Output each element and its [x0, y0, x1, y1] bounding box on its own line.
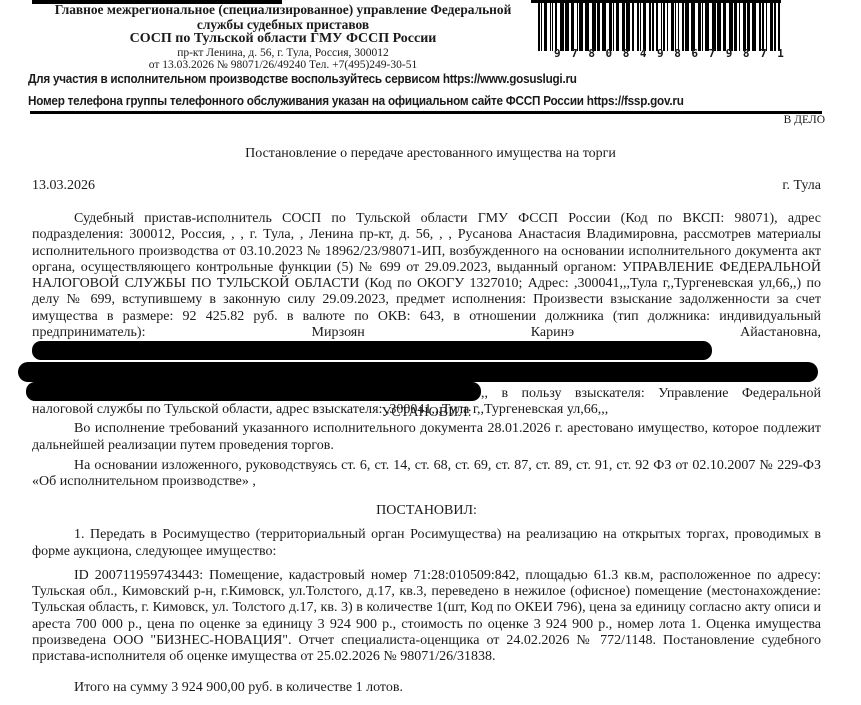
barcode-digit: 8 — [623, 47, 630, 60]
resolved-paragraph-1: 1. Передать в Росимущество (территориаль… — [32, 527, 821, 560]
document-reference: от 13.03.2026 № 98071/26/49240 Тел. +7(4… — [38, 59, 528, 72]
barcode-digit: 6 — [691, 47, 698, 60]
barcode-digit: 1 — [777, 47, 784, 60]
heading-established: УСТАНОВИЛ: — [32, 405, 821, 421]
intro-paragraph: Судебный пристав-исполнитель СОСП по Тул… — [32, 211, 821, 362]
letterhead: Главное межрегиональное (специализирован… — [38, 3, 528, 72]
barcode-digit: 7 — [760, 47, 767, 60]
phone-notice: Номер телефона группы телефонного обслуж… — [28, 94, 684, 108]
intro-section: Судебный пристав-исполнитель СОСП по Тул… — [32, 211, 821, 418]
barcode-digits: 97808498679871 — [554, 47, 784, 60]
document-title: Постановление о передаче арестованного и… — [0, 146, 861, 162]
org-name-line1: Главное межрегиональное (специализирован… — [38, 3, 528, 18]
barcode-digit: 9 — [657, 47, 664, 60]
barcode-digit: 9 — [554, 47, 561, 60]
barcode-digit: 4 — [640, 47, 647, 60]
barcode-digit: 9 — [726, 47, 733, 60]
barcode-digit: 8 — [674, 47, 681, 60]
barcode-digit: 7 — [709, 47, 716, 60]
barcode — [538, 3, 784, 51]
department-address: пр-кт Ленина, д. 56, г. Тула, Россия, 30… — [38, 47, 528, 60]
established-paragraph-2: На основании изложенного, руководствуясь… — [32, 458, 821, 491]
org-name-line2: службы судебных приставов — [38, 18, 528, 33]
barcode-digit: 0 — [606, 47, 613, 60]
gosuslugi-notice: Для участия в исполнительном производств… — [28, 72, 577, 86]
redacted-block — [32, 341, 712, 360]
established-section: УСТАНОВИЛ: Во исполнение требований указ… — [32, 405, 821, 490]
department-name: СОСП по Тульской области ГМУ ФССП России — [38, 32, 528, 47]
barcode-digit: 8 — [588, 47, 595, 60]
total-summary: Итого на сумму 3 924 900,00 руб. в колич… — [32, 680, 821, 696]
document-city: г. Тула — [782, 178, 821, 194]
resolved-section: ПОСТАНОВИЛ: 1. Передать в Росимущество (… — [32, 503, 821, 696]
property-description: ID 200711959743443: Помещение, кадастров… — [32, 568, 821, 666]
redacted-block — [26, 382, 481, 401]
barcode-digit: 7 — [571, 47, 578, 60]
document-date: 13.03.2026 — [32, 178, 95, 194]
file-stamp: В ДЕЛО — [784, 114, 825, 126]
heading-resolved: ПОСТАНОВИЛ: — [32, 503, 821, 519]
established-paragraph-1: Во исполнение требований указанного испо… — [32, 421, 821, 454]
barcode-digit: 8 — [743, 47, 750, 60]
header-rule — [30, 111, 822, 114]
intro-text: Судебный пристав-исполнитель СОСП по Тул… — [32, 211, 821, 340]
redacted-block — [18, 362, 818, 382]
